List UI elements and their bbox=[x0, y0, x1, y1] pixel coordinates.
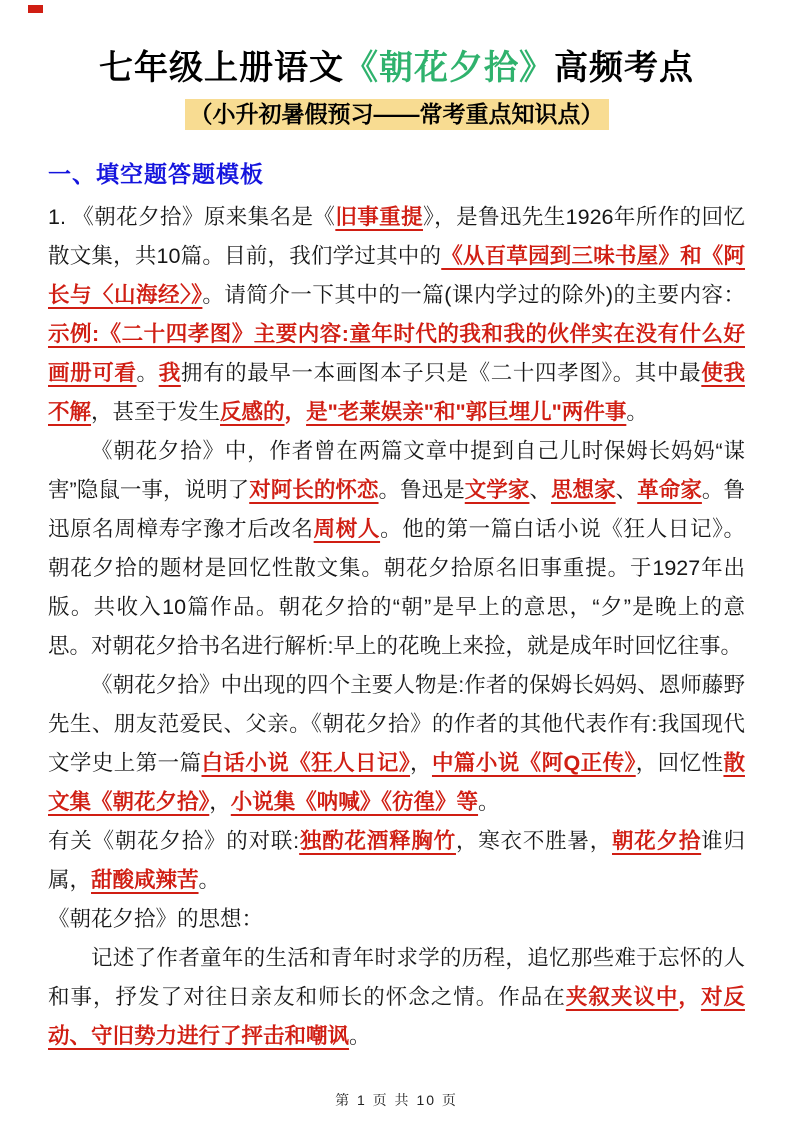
paragraph: 《朝花夕拾》中，作者曾在两篇文章中提到自己儿时保姆长妈妈“谋害”隐鼠一事，说明了… bbox=[48, 432, 745, 666]
text-segment: 。请简介一下其中的一篇(课内学过的除外)的主要内容： bbox=[202, 283, 745, 307]
paragraph: 《朝花夕拾》的思想： bbox=[48, 900, 745, 939]
paragraph: 记述了作者童年的生活和青年时求学的历程，追忆那些难于忘怀的人和事，抒发了对往日亲… bbox=[48, 939, 745, 1056]
emphasis-segment: 夹叙夹议中 bbox=[566, 985, 679, 1009]
text-segment: ， bbox=[410, 751, 432, 775]
emphasis-segment: 革命家 bbox=[637, 478, 702, 502]
page-footer: 第 1 页 共 10 页 bbox=[0, 1090, 793, 1110]
text-segment: 。 bbox=[199, 868, 221, 892]
subtitle-row: （小升初暑假预习——常考重点知识点） bbox=[0, 99, 793, 130]
emphasis-segment: 对阿长的怀恋 bbox=[249, 478, 378, 502]
text-segment: ，寒衣不胜暑， bbox=[456, 829, 612, 853]
text-segment: 。 bbox=[349, 1024, 371, 1048]
page-title: 七年级上册语文《朝花夕拾》高频考点 bbox=[0, 0, 793, 90]
red-corner-mark bbox=[28, 5, 43, 13]
emphasis-segment: 旧事重提 bbox=[335, 205, 423, 229]
emphasis-segment: 我 bbox=[159, 361, 181, 385]
paragraph: 1. 《朝花夕拾》原来集名是《旧事重提》，是鲁迅先生1926年所作的回忆散文集，… bbox=[48, 198, 745, 432]
text-segment: 《朝花夕拾》的思想： bbox=[48, 907, 263, 931]
emphasis-segment: 朝花夕拾 bbox=[612, 829, 701, 853]
emphasis-segment: 中篇小说《阿Q正传》 bbox=[432, 751, 636, 775]
paragraph: 《朝花夕拾》中出现的四个主要人物是:作者的保姆长妈妈、恩师藤野先生、朋友范爱民、… bbox=[48, 666, 745, 822]
text-segment: ，回忆性 bbox=[636, 751, 724, 775]
section-heading: 一、填空题答题模板 bbox=[48, 159, 793, 189]
subtitle-banner: （小升初暑假预习——常考重点知识点） bbox=[185, 99, 609, 130]
emphasis-segment: 甜酸咸辣苦 bbox=[91, 868, 199, 892]
text-segment: 。 bbox=[478, 790, 500, 814]
emphasis-segment: 周树人 bbox=[314, 517, 380, 541]
emphasis-segment: 是"老莱娱亲"和"郭巨埋儿"两件事 bbox=[306, 400, 626, 424]
emphasis-segment: 白话小说《狂人日记》 bbox=[202, 751, 411, 775]
emphasis-segment: ， bbox=[285, 400, 307, 424]
emphasis-segment: 反感的 bbox=[220, 400, 285, 424]
title-book-name: 《朝花夕拾》 bbox=[344, 49, 554, 87]
emphasis-segment: ， bbox=[678, 985, 701, 1009]
document-page: 七年级上册语文《朝花夕拾》高频考点 （小升初暑假预习——常考重点知识点） 一、填… bbox=[0, 0, 793, 1122]
title-suffix: 高频考点 bbox=[554, 49, 694, 87]
paragraph: 有关《朝花夕拾》的对联:独酌花酒释胸竹，寒衣不胜暑，朝花夕拾谁归属，甜酸咸辣苦。 bbox=[48, 822, 745, 900]
text-segment: 、 bbox=[529, 478, 551, 502]
emphasis-segment: 文学家 bbox=[465, 478, 530, 502]
text-segment: 、 bbox=[616, 478, 638, 502]
text-segment: 1. 《朝花夕拾》原来集名是《 bbox=[48, 205, 335, 229]
text-segment: 。 bbox=[626, 400, 648, 424]
emphasis-segment: 独酌花酒释胸竹 bbox=[299, 829, 456, 853]
emphasis-segment: 思想家 bbox=[551, 478, 616, 502]
document-body: 1. 《朝花夕拾》原来集名是《旧事重提》，是鲁迅先生1926年所作的回忆散文集，… bbox=[48, 198, 745, 1056]
text-segment: ， bbox=[209, 790, 231, 814]
emphasis-segment: 小说集《呐喊》《彷徨》等 bbox=[231, 790, 478, 814]
text-segment: 拥有的最早一本画图本子只是《二十四孝图》。其中最 bbox=[181, 361, 701, 385]
text-segment: 。鲁迅是 bbox=[379, 478, 465, 502]
title-prefix: 七年级上册语文 bbox=[99, 49, 344, 87]
text-segment: ，甚至于发生 bbox=[91, 400, 220, 424]
text-segment: 有关《朝花夕拾》的对联: bbox=[48, 829, 299, 853]
text-segment: 。 bbox=[137, 361, 159, 385]
